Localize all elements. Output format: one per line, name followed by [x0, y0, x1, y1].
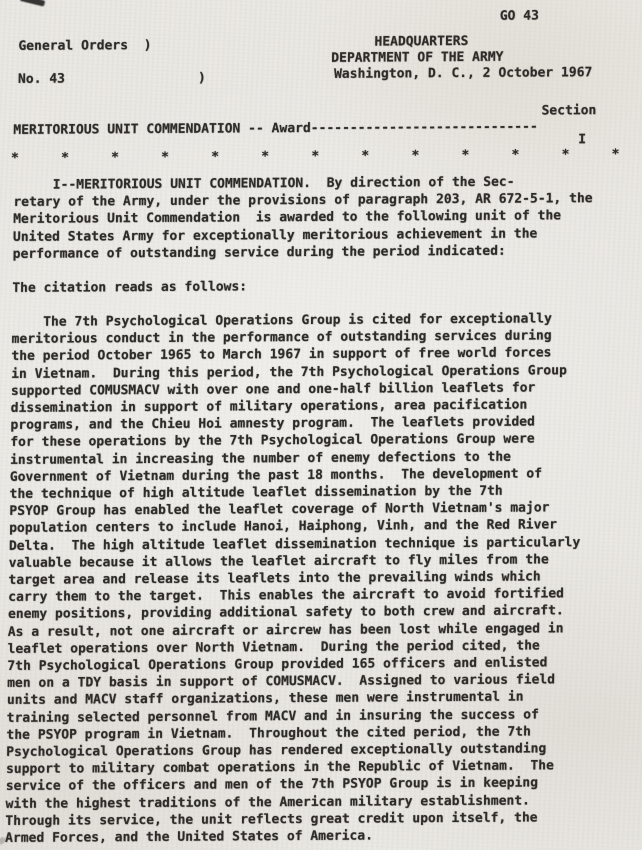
citation-paragraph: The 7th Psychological Operations Group i… — [5, 310, 583, 847]
scan-artifact-mark — [20, 0, 46, 7]
subject-title-line: MERITORIOUS UNIT COMMENDATION -- Award--… — [13, 118, 538, 139]
dateline: Washington, D. C., 2 October 1967 — [334, 64, 593, 83]
general-orders-block: General Orders ) No. 43 ) — [18, 38, 206, 89]
asterisk-divider-row: * * * * * * * * * * * * * — [11, 146, 620, 167]
scanned-content: GO 43 General Orders ) No. 43 ) HEADQUAR… — [0, 0, 642, 850]
subject-block: Section MERITORIOUS UNIT COMMENDATION --… — [13, 102, 634, 176]
go-number: GO 43 — [500, 7, 539, 24]
section-label: Section — [541, 102, 596, 120]
document-page: GO 43 General Orders ) No. 43 ) HEADQUAR… — [0, 0, 642, 850]
paragraph-award-text: I--MERITORIOUS UNIT COMMENDATION. By dir… — [13, 173, 593, 263]
citation-lead-line: The citation reads as follows: — [12, 278, 247, 297]
